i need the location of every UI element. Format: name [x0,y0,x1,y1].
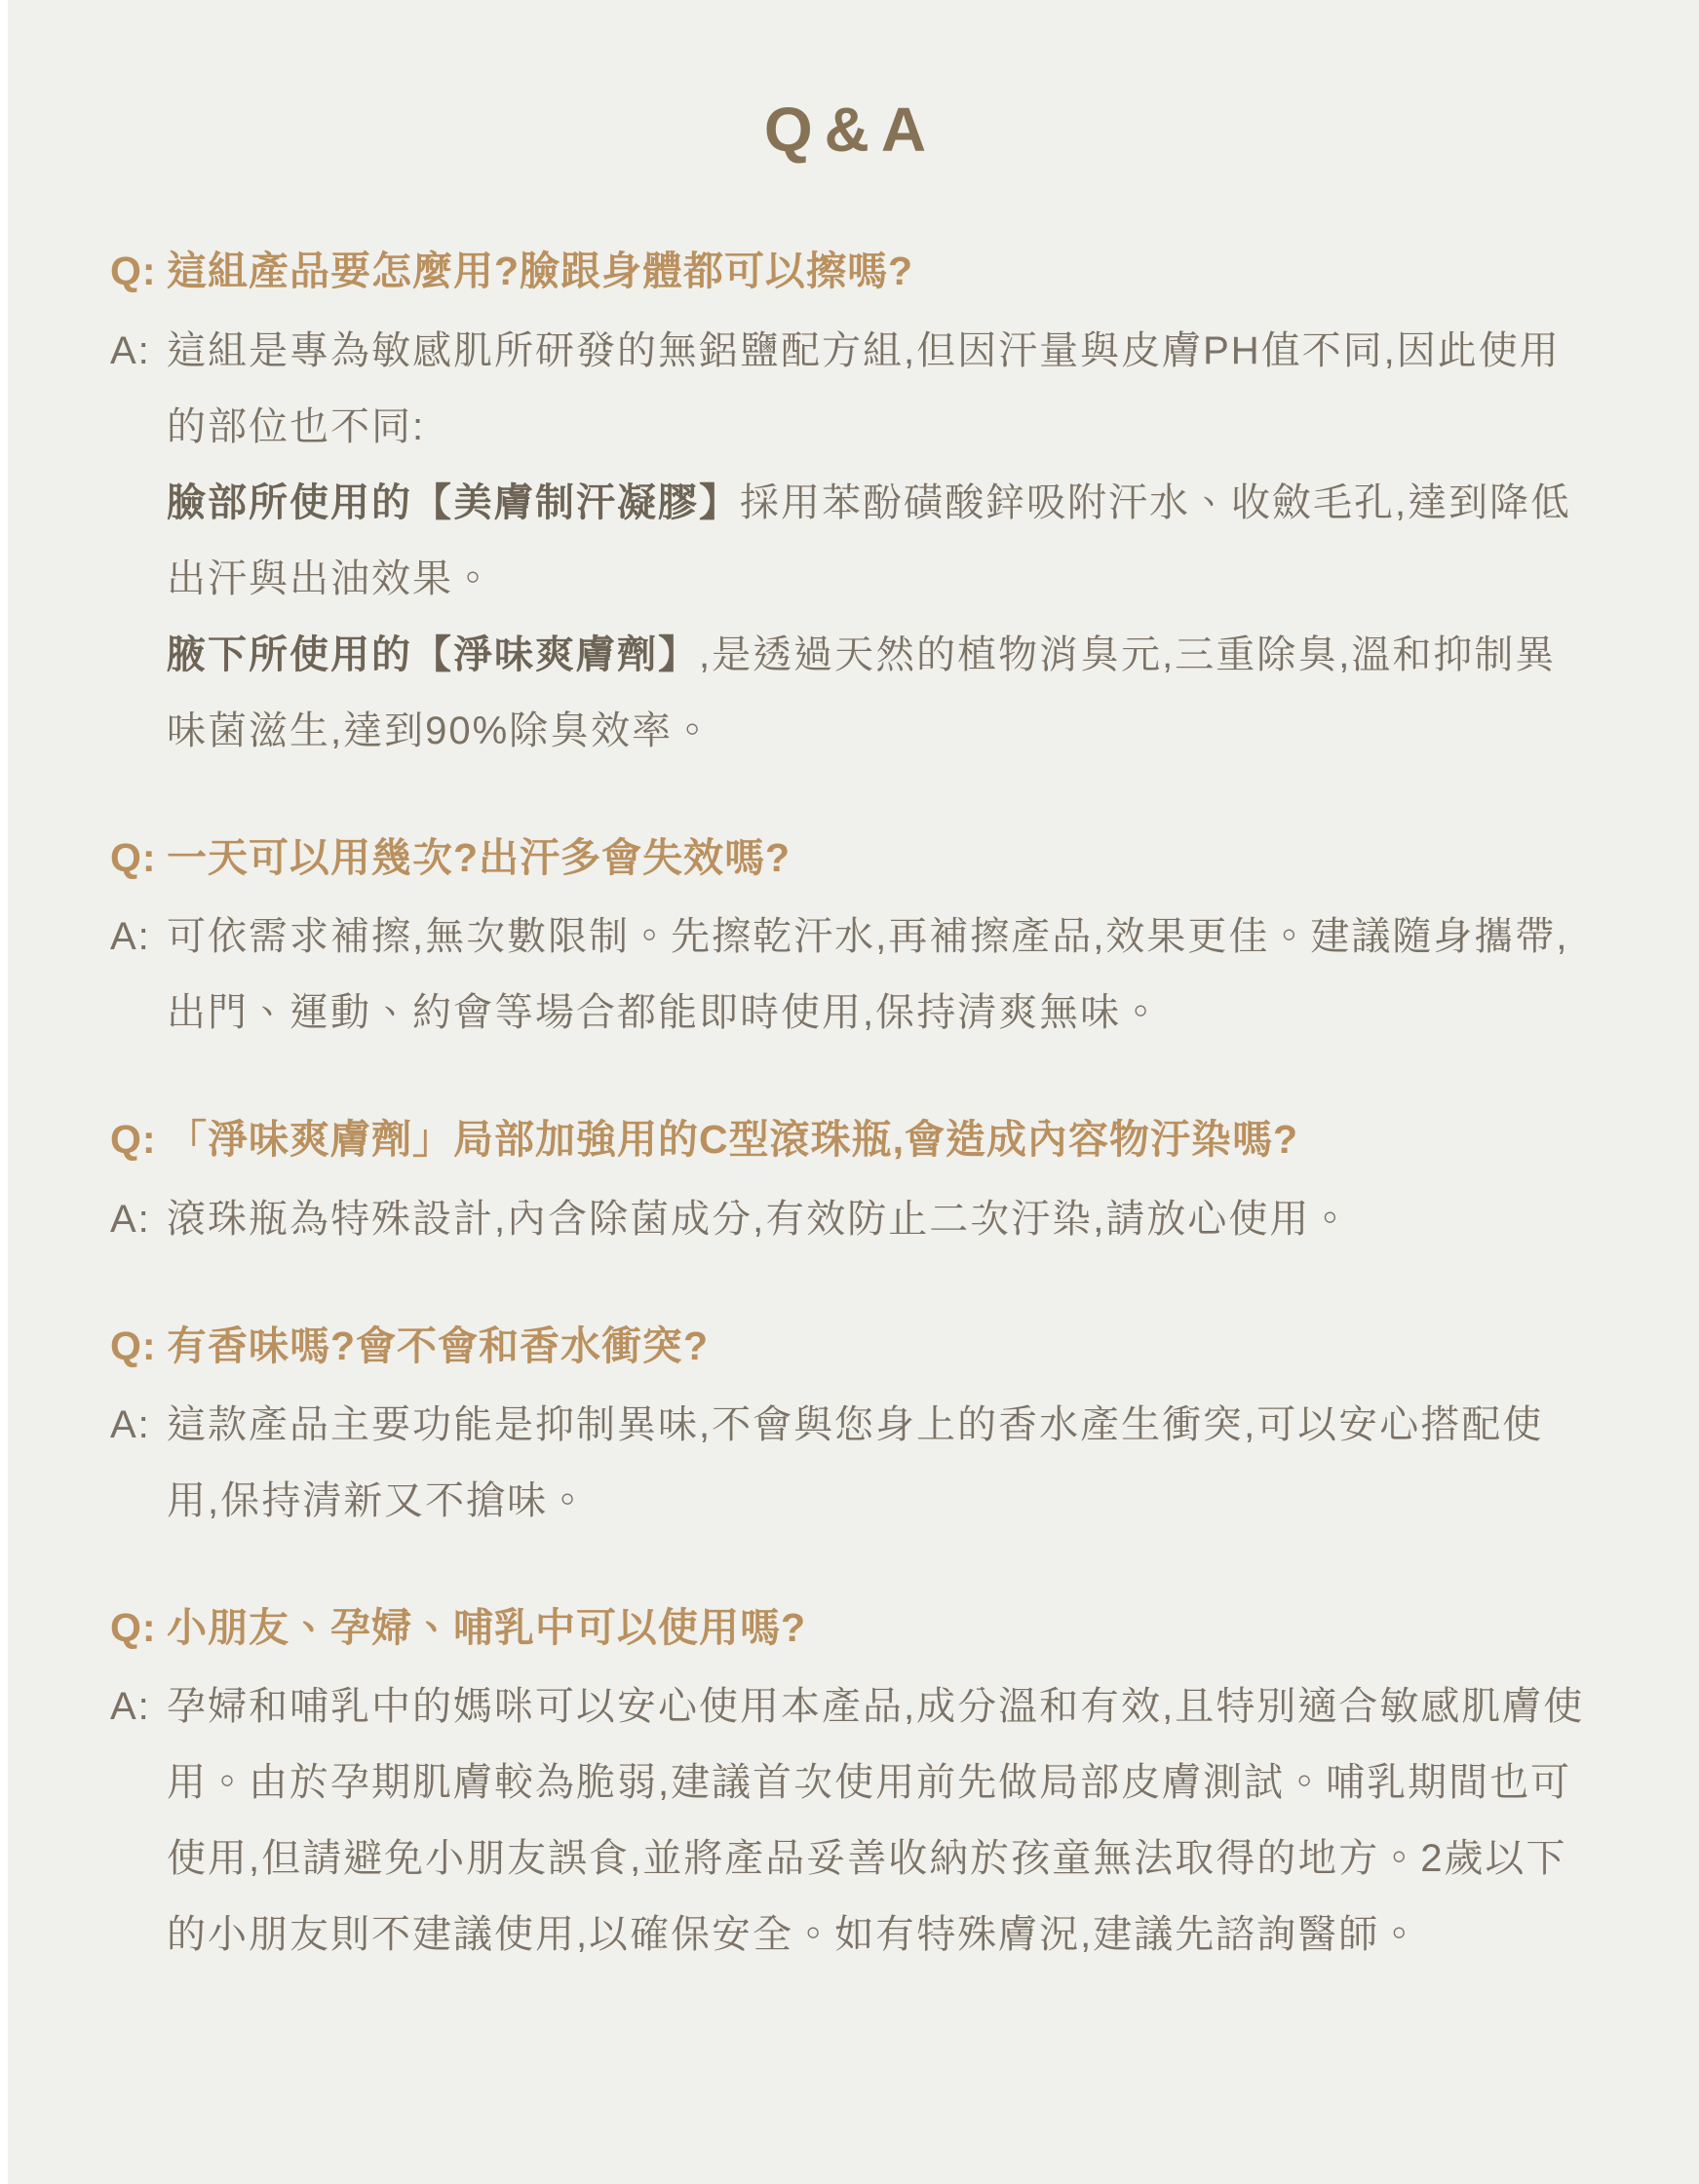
answer-text-segment: 孕婦和哺乳中的媽咪可以安心使用本產品,成分溫和有效,且特別適合敏感肌膚使用。由於… [167,1685,1584,1956]
question-text: 「淨味爽膚劑」局部加強用的C型滾珠瓶,會造成內容物汙染嗎? [167,1117,1298,1162]
answer-text-segment: 可依需求補擦,無次數限制。先擦乾汗水,再補擦產品,效果更佳。建議隨身攜帶,出門、… [167,915,1568,1034]
a-prefix: A: [110,313,151,389]
answer-text-segment: 這組是專為敏感肌所研發的無鋁鹽配方組,但因汗量與皮膚PH值不同,因此使用的部位也… [167,329,1561,448]
question-heading: Q:有香味嗎?會不會和香水衝突? [110,1318,1592,1375]
a-prefix: A: [110,1668,151,1744]
answer-bold-segment: 腋下所使用的【淨味爽膚劑】 [167,633,699,676]
qa-list: Q:這組產品要怎麼用?臉跟身體都可以擦嗎?A:這組是專為敏感肌所研發的無鋁鹽配方… [110,243,1592,1973]
qa-section-3: Q:「淨味爽膚劑」局部加強用的C型滾珠瓶,會造成內容物汙染嗎?A:滾珠瓶為特殊設… [110,1111,1592,1256]
answer-text-segment: 滾珠瓶為特殊設計,內含除菌成分,有效防止二次汙染,請放心使用。 [167,1198,1351,1241]
question-text: 一天可以用幾次?出汗多會失效嗎? [167,835,791,880]
a-prefix: A: [110,1387,151,1463]
a-prefix: A: [110,1181,151,1257]
q-prefix: Q: [110,1599,157,1657]
question-text: 有香味嗎?會不會和香水衝突? [167,1323,709,1368]
qa-section-5: Q:小朋友、孕婦、哺乳中可以使用嗎?A:孕婦和哺乳中的媽咪可以安心使用本產品,成… [110,1599,1592,1973]
answer-paragraph: 腋下所使用的【淨味爽膚劑】,是透過天然的植物消臭元,三重除臭,溫和抑制異味菌滋生… [167,617,1592,769]
question-heading: Q:這組產品要怎麼用?臉跟身體都可以擦嗎? [110,243,1592,300]
question-text: 小朋友、孕婦、哺乳中可以使用嗎? [167,1605,806,1650]
answer-paragraph: 孕婦和哺乳中的媽咪可以安心使用本產品,成分溫和有效,且特別適合敏感肌膚使用。由於… [167,1668,1592,1973]
question-heading: Q:一天可以用幾次?出汗多會失效嗎? [110,829,1592,887]
answer-text-segment: 這款產品主要功能是抑制異味,不會與您身上的香水產生衝突,可以安心搭配使用,保持清… [167,1403,1543,1522]
answer-paragraph: 滾珠瓶為特殊設計,內含除菌成分,有效防止二次汙染,請放心使用。 [167,1181,1592,1257]
answer-paragraph: 臉部所使用的【美膚制汗凝膠】採用苯酚磺酸鋅吸附汗水、收斂毛孔,達到降低出汗與出油… [167,465,1592,617]
question-heading: Q:「淨味爽膚劑」局部加強用的C型滾珠瓶,會造成內容物汙染嗎? [110,1111,1592,1169]
answer-paragraph: 這款產品主要功能是抑制異味,不會與您身上的香水產生衝突,可以安心搭配使用,保持清… [167,1387,1592,1539]
qa-section-1: Q:這組產品要怎麼用?臉跟身體都可以擦嗎?A:這組是專為敏感肌所研發的無鋁鹽配方… [110,243,1592,768]
qa-section-4: Q:有香味嗎?會不會和香水衝突?A:這款產品主要功能是抑制異味,不會與您身上的香… [110,1318,1592,1539]
question-heading: Q:小朋友、孕婦、哺乳中可以使用嗎? [110,1599,1592,1657]
a-prefix: A: [110,899,151,975]
qa-section-2: Q:一天可以用幾次?出汗多會失效嗎?A:可依需求補擦,無次數限制。先擦乾汗水,再… [110,829,1592,1051]
q-prefix: Q: [110,243,157,300]
answer-block: A:孕婦和哺乳中的媽咪可以安心使用本產品,成分溫和有效,且特別適合敏感肌膚使用。… [110,1668,1592,1973]
answer-block: A:這款產品主要功能是抑制異味,不會與您身上的香水產生衝突,可以安心搭配使用,保… [110,1387,1592,1539]
answer-bold-segment: 臉部所使用的【美膚制汗凝膠】 [167,481,740,524]
answer-paragraph: 可依需求補擦,無次數限制。先擦乾汗水,再補擦產品,效果更佳。建議隨身攜帶,出門、… [167,899,1592,1051]
answer-block: A:可依需求補擦,無次數限制。先擦乾汗水,再補擦產品,效果更佳。建議隨身攜帶,出… [110,899,1592,1051]
question-text: 這組產品要怎麼用?臉跟身體都可以擦嗎? [167,249,913,293]
answer-block: A:這組是專為敏感肌所研發的無鋁鹽配方組,但因汗量與皮膚PH值不同,因此使用的部… [110,313,1592,769]
answer-block: A:滾珠瓶為特殊設計,內含除菌成分,有效防止二次汙染,請放心使用。 [110,1181,1592,1257]
answer-paragraph: 這組是專為敏感肌所研發的無鋁鹽配方組,但因汗量與皮膚PH值不同,因此使用的部位也… [167,313,1592,465]
qa-page: Q&A Q:這組產品要怎麼用?臉跟身體都可以擦嗎?A:這組是專為敏感肌所研發的無… [0,0,1699,2184]
q-prefix: Q: [110,1318,157,1375]
page-title: Q&A [110,0,1592,171]
q-prefix: Q: [110,1111,157,1169]
q-prefix: Q: [110,829,157,887]
